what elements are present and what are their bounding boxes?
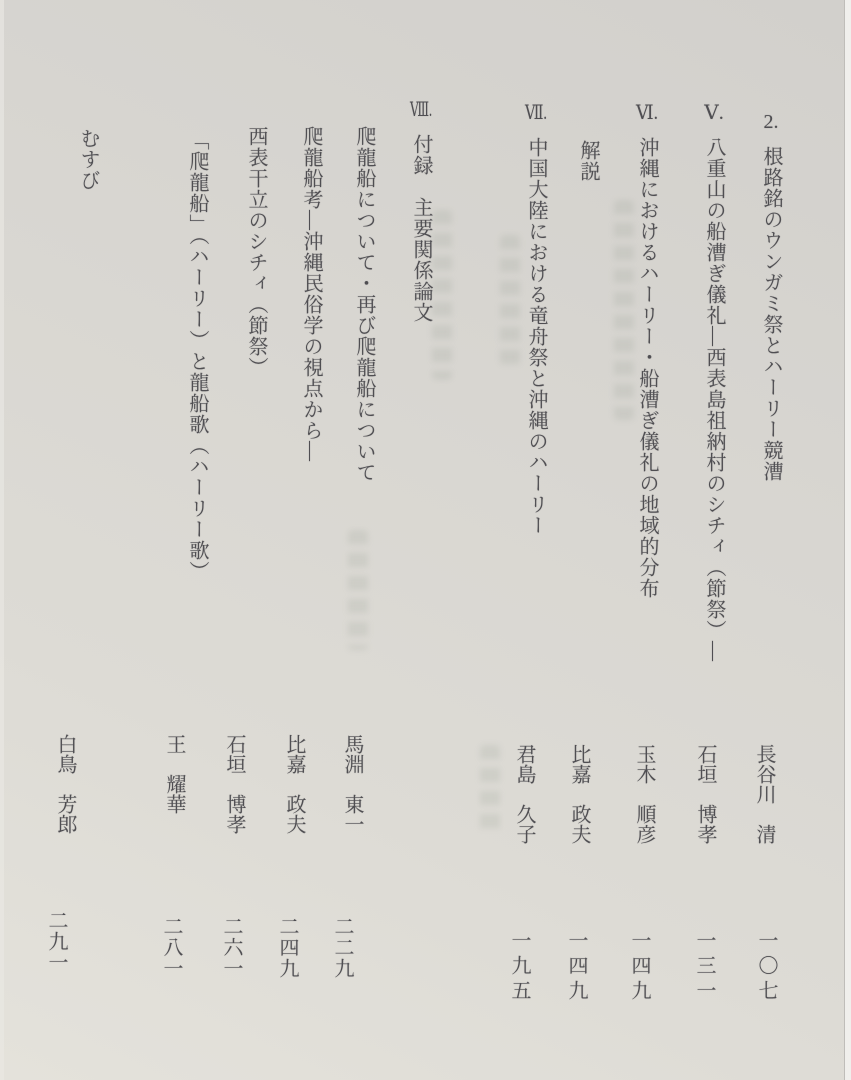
entry-number: Ⅷ. <box>410 100 432 120</box>
entry-title: 爬龍船考―沖縄民俗学の視点から― <box>301 126 321 462</box>
entry-title: 西表干立のシチィ（節祭） <box>246 126 266 378</box>
entry-page-number: 一〇七 <box>756 930 776 1005</box>
entry-page-number: 二二九 <box>332 916 352 979</box>
bleed-through-smudge <box>432 210 452 380</box>
bleed-through-smudge <box>500 235 520 365</box>
entry-page-number: 二八一 <box>161 916 181 979</box>
bleed-through-smudge <box>614 200 634 420</box>
entry-author: 君島 久子 <box>514 744 534 844</box>
entry-title: Ⅵ.沖縄におけるハーリー・船漕ぎ儀礼の地域的分布 <box>637 103 657 599</box>
bleed-through-smudge <box>348 530 368 650</box>
entry-author: 石垣 博孝 <box>224 734 244 834</box>
entry-title-text: 八重山の船漕ぎ儀礼―西表島祖納村のシチィ（節祭）― <box>703 137 725 662</box>
entry-page-number: 一三一 <box>694 930 714 1005</box>
entry-title: Ⅶ.中国大陸における竜舟祭と沖縄のハーリー <box>526 103 546 536</box>
entry-page-number: 二六一 <box>221 916 241 979</box>
entry-page-number: 二九一 <box>46 910 66 973</box>
entry-title-text: 「爬龍船」（ハーリー）と龍船歌（ハーリー歌） <box>186 130 208 582</box>
entry-author: 白鳥 芳郎 <box>55 734 75 834</box>
entry-author: 馬淵 東一 <box>342 734 362 834</box>
entry-title-text: 付録 主要関係論文 <box>410 134 432 323</box>
page-right-edge <box>844 0 851 1080</box>
entry-number: Ⅶ. <box>525 103 547 123</box>
entry-page-number: 一四九 <box>566 930 586 1005</box>
entry-title-text: 中国大陸における竜舟祭と沖縄のハーリー <box>525 137 547 536</box>
entry-title-text: 解説 <box>577 140 599 182</box>
entry-title-text: むすび <box>77 128 99 191</box>
entry-title: 解説 <box>578 140 598 182</box>
entry-title-text: 爬龍船考―沖縄民俗学の視点から― <box>300 126 322 462</box>
entry-author: 長谷川 清 <box>754 744 774 844</box>
entry-author: 比嘉 政夫 <box>284 734 304 834</box>
entry-title: 爬龍船について・再び爬龍船について <box>354 126 374 483</box>
entry-title: 「爬龍船」（ハーリー）と龍船歌（ハーリー歌） <box>187 130 207 582</box>
entry-author: 比嘉 政夫 <box>569 744 589 844</box>
entry-page-number: 一九五 <box>509 930 529 1005</box>
entry-title-text: 爬龍船について・再び爬龍船について <box>353 126 375 483</box>
entry-author: 玉木 順彦 <box>634 744 654 844</box>
entry-number: Ⅴ. <box>703 103 725 123</box>
entry-number: 2. <box>760 112 782 132</box>
entry-title-text: 沖縄におけるハーリー・船漕ぎ儀礼の地域的分布 <box>636 137 658 599</box>
entry-title: むすび <box>78 128 98 191</box>
entry-page-number: 一四九 <box>629 930 649 1005</box>
page-left-edge <box>0 0 4 1080</box>
entry-title-text: 根路銘のウンガミ祭とハーリー競漕 <box>760 146 782 482</box>
entry-author: 石垣 博孝 <box>695 744 715 844</box>
entry-title: Ⅷ.付録 主要関係論文 <box>411 100 431 323</box>
book-page: 2.根路銘のウンガミ祭とハーリー競漕 長谷川 清 一〇七 Ⅴ.八重山の船漕ぎ儀礼… <box>0 0 851 1080</box>
entry-page-number: 二四九 <box>277 916 297 979</box>
entry-number: Ⅵ. <box>636 103 658 123</box>
entry-author: 王 耀華 <box>164 734 184 814</box>
entry-title: Ⅴ.八重山の船漕ぎ儀礼―西表島祖納村のシチィ（節祭）― <box>704 103 724 662</box>
entry-title: 2.根路銘のウンガミ祭とハーリー競漕 <box>761 112 781 482</box>
entry-title-text: 西表干立のシチィ（節祭） <box>245 126 267 378</box>
bleed-through-smudge <box>480 745 500 835</box>
